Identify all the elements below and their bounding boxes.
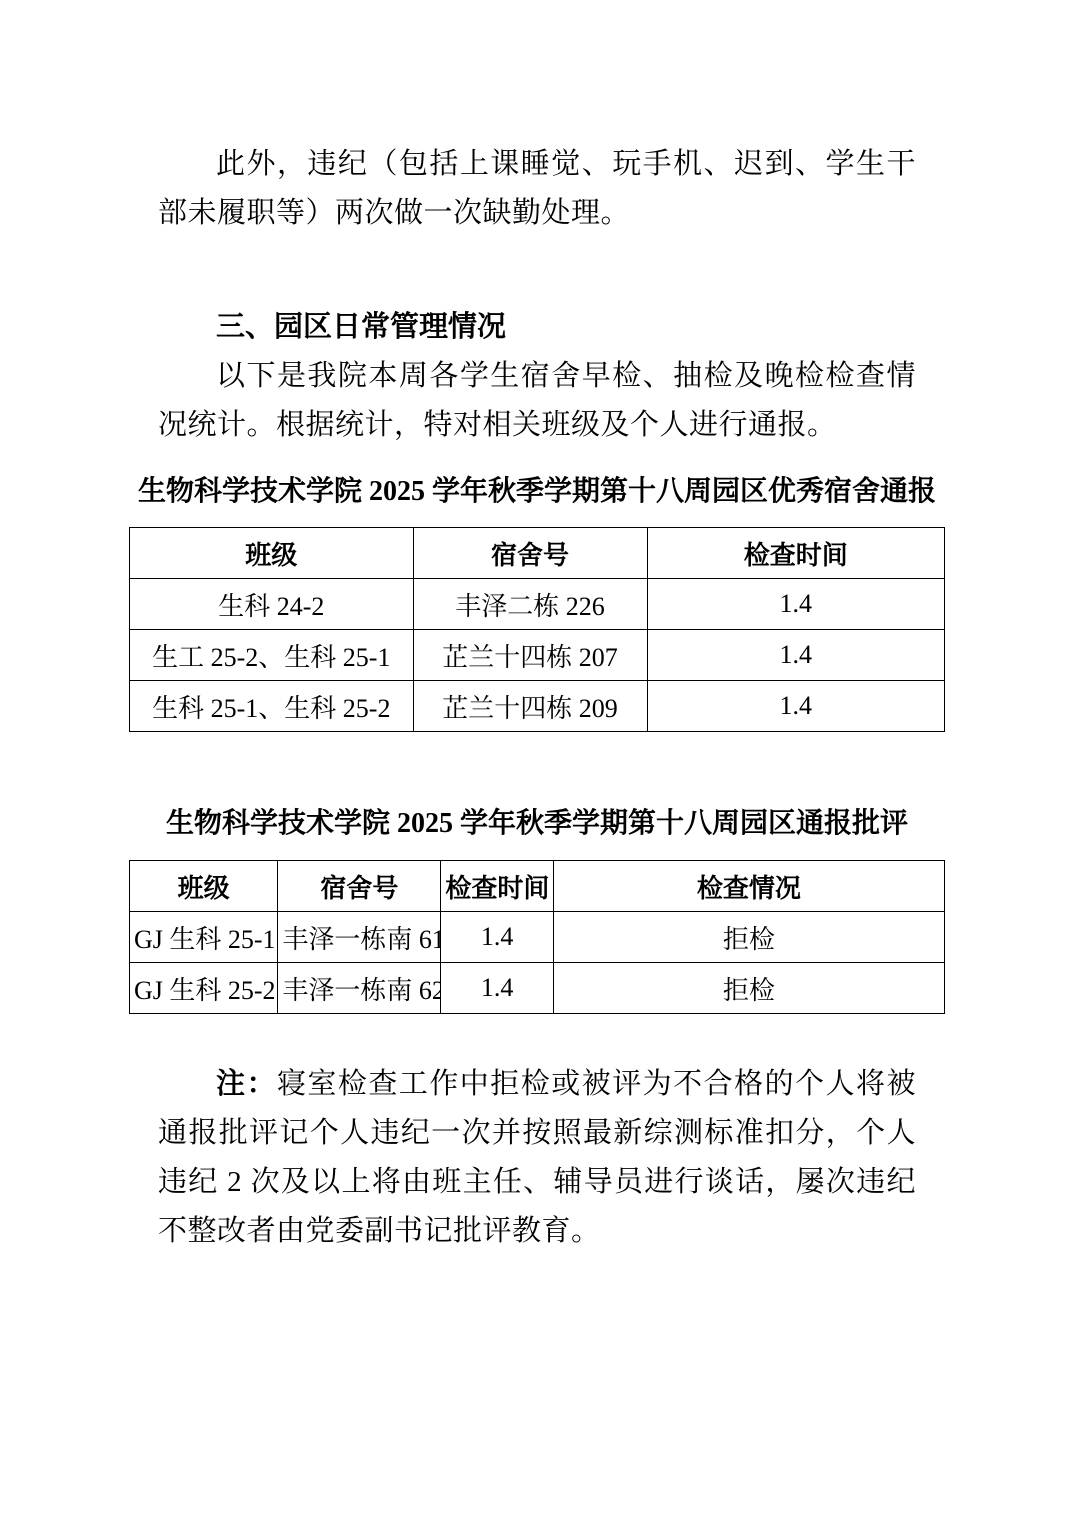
header-cell-check-time: 检查时间 xyxy=(441,861,553,912)
cell-check-time: 1.4 xyxy=(647,630,945,681)
cell-class: 生工 25-2、生科 25-1 xyxy=(130,630,414,681)
intro-paragraph: 此外，违纪（包括上课睡觉、玩手机、迟到、学生干部未履职等）两次做一次缺勤处理。 xyxy=(158,140,916,238)
cell-class: GJ 生科 25-2 xyxy=(130,963,278,1014)
header-cell-class: 班级 xyxy=(130,528,414,579)
excellent-table-header-row: 班级 宿舍号 检查时间 xyxy=(130,528,945,579)
cell-class: GJ 生科 25-1 xyxy=(130,912,278,963)
header-cell-dorm-number: 宿舍号 xyxy=(278,861,441,912)
table-row: 生工 25-2、生科 25-1 芷兰十四栋 207 1.4 xyxy=(130,630,945,681)
cell-dorm-number: 芷兰十四栋 209 xyxy=(413,681,647,732)
excellent-dorm-table-title: 生物科学技术学院 2025 学年秋季学期第十八周园区优秀宿舍通报 xyxy=(129,470,945,514)
note-paragraph: 注：寝室检查工作中拒检或被评为不合格的个人将被通报批评记个人违纪一次并按照最新综… xyxy=(158,1060,916,1256)
table-row: GJ 生科 25-1 丰泽一栋南 619 1.4 拒检 xyxy=(130,912,945,963)
criticism-table-header-row: 班级 宿舍号 检查时间 检查情况 xyxy=(130,861,945,912)
section-intro-paragraph: 以下是我院本周各学生宿舍早检、抽检及晚检检查情况统计。根据统计，特对相关班级及个… xyxy=(158,352,916,450)
cell-class: 生科 24-2 xyxy=(130,579,414,630)
criticism-table-title: 生物科学技术学院 2025 学年秋季学期第十八周园区通报批评 xyxy=(129,802,945,846)
header-cell-check-time: 检查时间 xyxy=(647,528,945,579)
document-page: 此外，违纪（包括上课睡觉、玩手机、迟到、学生干部未履职等）两次做一次缺勤处理。 … xyxy=(0,0,1074,1520)
cell-dorm-number: 丰泽一栋南 621 xyxy=(278,963,441,1014)
cell-check-time: 1.4 xyxy=(647,579,945,630)
cell-check-result: 拒检 xyxy=(553,963,944,1014)
cell-dorm-number: 丰泽一栋南 619 xyxy=(278,912,441,963)
header-cell-dorm-number: 宿舍号 xyxy=(413,528,647,579)
cell-check-time: 1.4 xyxy=(441,912,553,963)
header-cell-check-result: 检查情况 xyxy=(553,861,944,912)
excellent-dorm-table: 班级 宿舍号 检查时间 生科 24-2 丰泽二栋 226 1.4 生工 25-2… xyxy=(129,527,945,732)
cell-check-time: 1.4 xyxy=(647,681,945,732)
cell-check-time: 1.4 xyxy=(441,963,553,1014)
cell-dorm-number: 芷兰十四栋 207 xyxy=(413,630,647,681)
section-heading: 三、园区日常管理情况 xyxy=(158,303,916,352)
table-row: 生科 24-2 丰泽二栋 226 1.4 xyxy=(130,579,945,630)
cell-check-result: 拒检 xyxy=(553,912,944,963)
note-label: 注： xyxy=(216,1068,277,1100)
header-cell-class: 班级 xyxy=(130,861,278,912)
cell-dorm-number: 丰泽二栋 226 xyxy=(413,579,647,630)
table-row: 生科 25-1、生科 25-2 芷兰十四栋 209 1.4 xyxy=(130,681,945,732)
table-row: GJ 生科 25-2 丰泽一栋南 621 1.4 拒检 xyxy=(130,963,945,1014)
cell-class: 生科 25-1、生科 25-2 xyxy=(130,681,414,732)
criticism-table: 班级 宿舍号 检查时间 检查情况 GJ 生科 25-1 丰泽一栋南 619 1.… xyxy=(129,860,945,1014)
